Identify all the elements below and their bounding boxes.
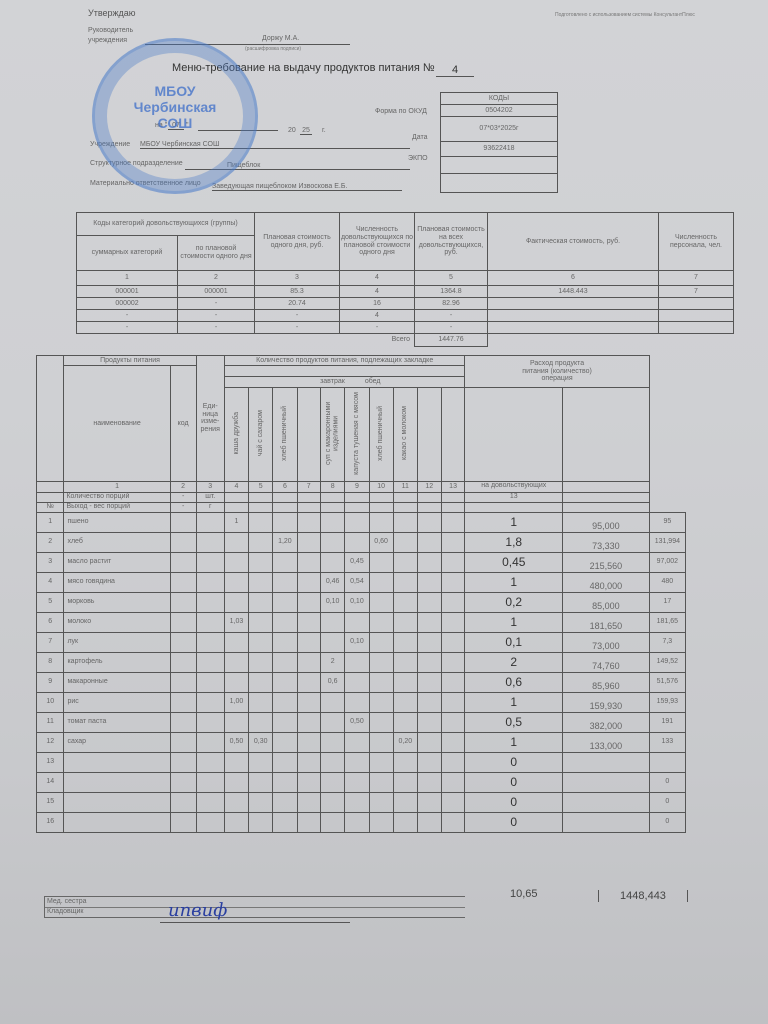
signature-caption: (расшифровка подписи) [245,46,301,52]
dish-quantity [273,712,297,732]
expense-quantity: 1,8 [465,532,563,552]
dish-quantity [249,592,273,612]
expense-quantity: 0 [465,752,563,772]
document-number: 4 [436,64,474,77]
product-name: рис [64,692,170,712]
dish-quantity [441,752,465,772]
dish-quantity [320,792,344,812]
summary-row: ---4- [77,310,734,322]
product-price [563,752,650,772]
total-value: 1447.76 [415,334,488,347]
dish-quantity [273,812,297,832]
dish-quantity [369,752,393,772]
document-page: Утверждаю Подготовлено с использованием … [0,0,768,1024]
dish-quantity [249,572,273,592]
dish-quantity [441,732,465,752]
dish-quantity: 0,10 [320,592,344,612]
dish-quantity [441,572,465,592]
dish-column-header: капуста тушеная с мясом [345,388,369,482]
dish-column-header: каша дружба [224,388,248,482]
expense-quantity: 0 [465,772,563,792]
row-number: 8 [37,652,64,672]
product-sum: 159,93 [649,692,685,712]
dish-quantity [369,612,393,632]
dish-quantity [369,552,393,572]
product-row: 5морковь0,100,100,285,00017 [37,592,686,612]
product-price [563,772,650,792]
dish-quantity [441,772,465,792]
dish-quantity [320,532,344,552]
product-price [563,792,650,812]
dish-quantity [345,792,369,812]
row-number: 6 [37,612,64,632]
date-code: 07*03*2025г [441,117,558,142]
product-sum: 149,52 [649,652,685,672]
dish-quantity [249,692,273,712]
dish-quantity: 0,6 [320,672,344,692]
dish-quantity [249,532,273,552]
dish-quantity [297,672,320,692]
dish-quantity [345,752,369,772]
dish-quantity [393,532,417,552]
dish-quantity [369,772,393,792]
product-sum: 95 [649,512,685,532]
dish-quantity [369,632,393,652]
dish-quantity: 1,03 [224,612,248,632]
dish-quantity [393,612,417,632]
dish-quantity [224,532,248,552]
dish-quantity [320,552,344,572]
expense-quantity: 1 [465,572,563,592]
dish-quantity [417,732,441,752]
year-prefix: 20 [288,127,296,134]
dish-quantity [417,792,441,812]
dish-column-header [441,388,465,482]
dish-quantity [441,592,465,612]
product-name [64,812,170,832]
expense-quantity: 1 [465,612,563,632]
dish-quantity [273,672,297,692]
dish-column-header [297,388,320,482]
product-name [64,752,170,772]
dish-quantity [441,652,465,672]
product-row: 4мясо говядина0,460,541480,000480 [37,572,686,592]
dish-quantity [224,552,248,572]
product-row: 130 [37,752,686,772]
expense-quantity: 0,2 [465,592,563,612]
head-name: Доржу М.А. [262,35,299,42]
product-row: 11томат паста0,500,5382,000191 [37,712,686,732]
expense-quantity: 0,5 [465,712,563,732]
product-price [563,812,650,832]
product-sum: 0 [649,792,685,812]
dish-quantity [393,512,417,532]
dish-quantity [297,592,320,612]
institution-stamp: МБОУ Чербинская СОШ [92,38,258,194]
portions-label: Количество порций [64,492,170,502]
dish-quantity: 1,20 [273,532,297,552]
dish-quantity [417,752,441,772]
product-price: 74,760 [563,652,650,672]
dish-quantity [417,552,441,572]
dish-quantity [320,692,344,712]
yield-label: Выход - вес порций [64,502,170,512]
dish-quantity [441,612,465,632]
dish-quantity [297,612,320,632]
dish-quantity [297,652,320,672]
dish-column-header: хлеб пшеничный [273,388,297,482]
dish-quantity [249,772,273,792]
dish-quantity [369,712,393,732]
storekeeper-label: Кладовщик [47,908,83,915]
row-number: 9 [37,672,64,692]
dish-quantity [417,712,441,732]
row-number: 2 [37,532,64,552]
dish-quantity [369,592,393,612]
product-row: 10рис1,001159,930159,93 [37,692,686,712]
product-sum: 7,3 [649,632,685,652]
dish-quantity: 0,50 [224,732,248,752]
year-suffix: г. [322,127,326,134]
expense-quantity: 2 [465,652,563,672]
approve-label: Утверждаю [88,8,136,18]
dish-quantity [441,552,465,572]
total-qty: 10,65 [510,888,538,900]
dish-quantity [345,692,369,712]
product-name: лук [64,632,170,652]
dish-quantity [249,512,273,532]
dish-quantity: 0,45 [345,552,369,572]
dish-quantity [417,632,441,652]
product-name [64,792,170,812]
okpo-label: ЭКПО [408,155,428,162]
dish-quantity [369,812,393,832]
product-name: мясо говядина [64,572,170,592]
dish-quantity [393,752,417,772]
product-sum: 191 [649,712,685,732]
dish-quantity [297,792,320,812]
dish-quantity [393,632,417,652]
product-row: 6молоко1,031181,650181,65 [37,612,686,632]
dish-quantity [297,632,320,652]
product-row: 3масло растит0,450,45215,56097,002 [37,552,686,572]
dish-quantity [224,572,248,592]
dish-quantity [441,512,465,532]
product-name: морковь [64,592,170,612]
total-label: Всего [77,334,415,347]
total-sum: 1448,443 [598,890,688,902]
dish-quantity [249,652,273,672]
dish-quantity [297,752,320,772]
dish-column-header: хлеб пшеничный [369,388,393,482]
dish-quantity [369,512,393,532]
product-sum: 131,994 [649,532,685,552]
dish-quantity [273,732,297,752]
dish-quantity [273,772,297,792]
product-sum: 480 [649,572,685,592]
dish-quantity: 0,60 [369,532,393,552]
product-sum: 0 [649,812,685,832]
row-number: 3 [37,552,64,572]
product-row: 7лук0,100,173,0007,3 [37,632,686,652]
dish-quantity [297,812,320,832]
summary-row: 00000100000185.341364.81448.4437 [77,286,734,298]
row-number: 5 [37,592,64,612]
dish-quantity [224,752,248,772]
dish-quantity [345,652,369,672]
row-number: 15 [37,792,64,812]
dish-quantity [224,812,248,832]
dish-quantity [297,732,320,752]
dish-quantity: 0,50 [345,712,369,732]
dish-quantity [393,552,417,572]
okpo-code: 93622418 [441,142,558,157]
product-row: 9макаронные0,60,685,96051,576 [37,672,686,692]
product-name: макаронные [64,672,170,692]
dish-quantity [369,692,393,712]
dish-quantity [369,792,393,812]
product-row: 1пшено1195,00095 [37,512,686,532]
date-label: Дата [412,134,428,141]
dish-quantity [224,672,248,692]
storekeeper-signature: ипвиф [168,900,227,921]
nurse-label: Мед. сестра [47,898,87,905]
dish-quantity: 0,10 [345,592,369,612]
dish-quantity [417,532,441,552]
dish-quantity [224,592,248,612]
expense-quantity: 1 [465,512,563,532]
dish-quantity [297,552,320,572]
dish-quantity [249,752,273,772]
dish-quantity [393,712,417,732]
dish-quantity [441,712,465,732]
row-number: 10 [37,692,64,712]
dish-quantity [320,752,344,772]
dish-quantity [249,632,273,652]
dish-quantity [249,792,273,812]
dish-quantity [320,612,344,632]
dish-quantity [417,672,441,692]
dish-quantity [345,812,369,832]
product-price: 133,000 [563,732,650,752]
year: 25 [300,127,312,135]
row-number: 12 [37,732,64,752]
codes-header: КОДЫ [441,93,558,105]
dish-quantity [297,772,320,792]
dish-quantity [345,532,369,552]
dish-quantity [273,552,297,572]
dish-quantity [320,812,344,832]
dish-quantity [224,652,248,672]
dish-quantity [297,572,320,592]
dish-quantity [393,792,417,812]
head-label-1: Руководитель [88,27,133,34]
summary-table: Коды категорий довольствующихся (группы)… [76,212,734,347]
dish-quantity: 0,54 [345,572,369,592]
summary-row: 000002-20.741682.96 [77,298,734,310]
dish-quantity [345,772,369,792]
row-number: 16 [37,812,64,832]
product-name: молоко [64,612,170,632]
products-table: Продукты питания Еди-ница изме-рения Кол… [36,355,686,833]
product-name: картофель [64,652,170,672]
responsible-value: Заведующая пищеблоком Извоскова Е.Б. [212,183,402,191]
dish-quantity [393,592,417,612]
dish-quantity [417,612,441,632]
dish-quantity [441,532,465,552]
row-number: 14 [37,772,64,792]
dish-quantity [224,712,248,732]
summary-row: ----- [77,322,734,334]
expense-quantity: 1 [465,692,563,712]
dish-quantity: 0,10 [345,632,369,652]
dish-quantity [417,652,441,672]
dish-quantity: 2 [320,652,344,672]
product-sum: 17 [649,592,685,612]
dish-quantity [393,672,417,692]
dish-quantity [320,772,344,792]
dish-quantity [273,792,297,812]
product-price: 382,000 [563,712,650,732]
row-number: 4 [37,572,64,592]
dish-quantity [417,512,441,532]
dish-quantity [417,592,441,612]
dish-column-header: суп с макаронными изделиями [320,388,344,482]
dish-quantity [297,692,320,712]
dish-quantity: 0,20 [393,732,417,752]
dish-quantity [345,672,369,692]
dish-quantity [273,652,297,672]
dish-quantity [393,572,417,592]
product-price: 95,000 [563,512,650,532]
dish-quantity: 1,00 [224,692,248,712]
dish-quantity [249,812,273,832]
product-row: 12сахар0,500,300,201133,000133 [37,732,686,752]
dish-quantity [320,512,344,532]
product-sum: 51,576 [649,672,685,692]
product-price: 159,930 [563,692,650,712]
dish-quantity [273,512,297,532]
dish-quantity [417,692,441,712]
row-number: 7 [37,632,64,652]
product-price: 215,560 [563,552,650,572]
dish-quantity [273,632,297,652]
dish-quantity [224,632,248,652]
row-number: 11 [37,712,64,732]
signatures-block: Мед. сестра Кладовщик [44,896,465,918]
product-sum: 0 [649,772,685,792]
expense-quantity: 0 [465,812,563,832]
dish-quantity [369,672,393,692]
dish-quantity [417,812,441,832]
product-row: 8картофель2274,760149,52 [37,652,686,672]
expense-quantity: 0,45 [465,552,563,572]
dish-quantity [417,572,441,592]
dish-quantity [297,532,320,552]
dish-quantity [393,652,417,672]
row-number: 1 [37,512,64,532]
dish-quantity [273,612,297,632]
dish-quantity [441,672,465,692]
product-sum: 181,65 [649,612,685,632]
dish-quantity [273,692,297,712]
dish-quantity [249,552,273,572]
product-sum [649,752,685,772]
consultant-note: Подготовлено с использованием системы Ко… [555,12,695,18]
okud-label: Форма по ОКУД [375,108,427,115]
dish-quantity: 0,30 [249,732,273,752]
dish-quantity [273,592,297,612]
dish-quantity [369,572,393,592]
dish-quantity [345,612,369,632]
dish-quantity [249,712,273,732]
dish-quantity [345,512,369,532]
product-price: 85,960 [563,672,650,692]
dish-quantity [320,712,344,732]
dish-quantity [441,812,465,832]
product-sum: 97,002 [649,552,685,572]
product-name: пшено [64,512,170,532]
expense-quantity: 0 [465,792,563,812]
product-row: 1600 [37,812,686,832]
dish-quantity [273,572,297,592]
codes-table: КОДЫ 0504202 07*03*2025г 93622418 [440,92,558,193]
dish-quantity [417,772,441,792]
dish-quantity [393,692,417,712]
dish-quantity [369,732,393,752]
product-price: 73,000 [563,632,650,652]
dish-quantity [249,612,273,632]
dish-column-header [417,388,441,482]
dish-column-header: чай с сахаром [249,388,273,482]
dish-quantity [441,792,465,812]
product-name: хлеб [64,532,170,552]
head-label-2: учреждения [88,37,127,44]
dish-quantity [320,732,344,752]
expense-quantity: 0,6 [465,672,563,692]
row-number: 13 [37,752,64,772]
product-sum: 133 [649,732,685,752]
okud-code: 0504202 [441,105,558,117]
product-name [64,772,170,792]
product-name: масло растит [64,552,170,572]
dish-quantity [441,632,465,652]
product-row: 1500 [37,792,686,812]
dish-quantity: 0,46 [320,572,344,592]
dish-quantity: 1 [224,512,248,532]
dish-quantity [273,752,297,772]
dish-quantity [320,632,344,652]
dish-quantity [369,652,393,672]
dish-quantity [249,672,273,692]
product-price: 85,000 [563,592,650,612]
dish-quantity [224,772,248,792]
product-price: 73,330 [563,532,650,552]
dish-quantity [393,812,417,832]
product-name: сахар [64,732,170,752]
product-price: 480,000 [563,572,650,592]
product-name: томат паста [64,712,170,732]
dish-quantity [224,792,248,812]
product-row: 2хлеб1,200,601,873,330131,994 [37,532,686,552]
dish-quantity [393,772,417,792]
dish-quantity [441,692,465,712]
dish-quantity [297,712,320,732]
product-row: 1400 [37,772,686,792]
dish-column-header: какао с молоком [393,388,417,482]
dish-quantity [297,512,320,532]
dish-quantity [345,732,369,752]
